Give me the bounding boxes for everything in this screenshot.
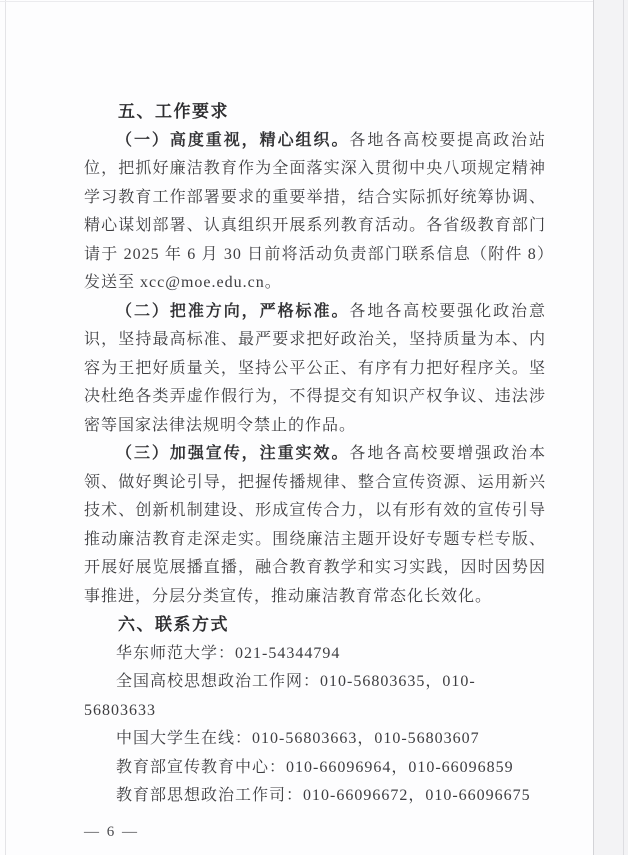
contact-line-sizheng-wang: 全国高校思想政治工作网：010-56803635，010-56803633: [84, 668, 546, 725]
paragraph-3-lead: （三）加强宣传，注重实效。: [116, 445, 349, 462]
paragraph-2: （二）把准方向，严格标准。各地各高校要强化政治意识，坚持最高标准、最严要求把好政…: [84, 298, 546, 441]
scan-edge-top: [0, 1, 628, 2]
paragraph-1-lead: （一）高度重视，精心组织。: [116, 132, 349, 149]
contact-line-ecnu: 华东师范大学：021-54344794: [84, 640, 546, 669]
page-number: — 6 —: [84, 818, 546, 847]
document-content: 五、工作要求 （一）高度重视，精心组织。各地各高校要提高政治站位，把抓好廉洁教育…: [84, 98, 546, 846]
paragraph-1-body: 各地各高校要提高政治站位，把抓好廉洁教育作为全面落实深入贯彻中央八项规定精神学习…: [84, 132, 546, 292]
contact-line-moe-publicity-center: 教育部宣传教育中心：010-66096964，010-66096859: [84, 754, 546, 783]
paragraph-1: （一）高度重视，精心组织。各地各高校要提高政治站位，把抓好廉洁教育作为全面落实深…: [84, 127, 546, 298]
paragraph-2-lead: （二）把准方向，严格标准。: [116, 303, 349, 320]
paragraph-3: （三）加强宣传，注重实效。各地各高校要增强政治本领、做好舆论引导，把握传播规律、…: [84, 440, 546, 611]
section-heading-work-requirements: 五、工作要求: [84, 98, 546, 127]
paragraph-2-body: 各地各高校要强化政治意识，坚持最高标准、最严要求把好政治关，坚持质量为本、内容为…: [84, 303, 546, 434]
paragraph-3-body: 各地各高校要增强政治本领、做好舆论引导，把握传播规律、整合宣传资源、运用新兴技术…: [84, 445, 546, 605]
contact-line-univs-online: 中国大学生在线：010-56803663，010-56803607: [84, 725, 546, 754]
scan-edge-right-inner: [623, 0, 624, 855]
contact-line-moe-sizheng-si: 教育部思想政治工作司：010-66096672，010-66096675: [84, 782, 546, 811]
scan-edge-left: [5, 0, 6, 855]
section-heading-contact-info: 六、联系方式: [84, 611, 546, 640]
scanned-document-page: 五、工作要求 （一）高度重视，精心组织。各地各高校要提高政治站位，把抓好廉洁教育…: [0, 0, 628, 855]
